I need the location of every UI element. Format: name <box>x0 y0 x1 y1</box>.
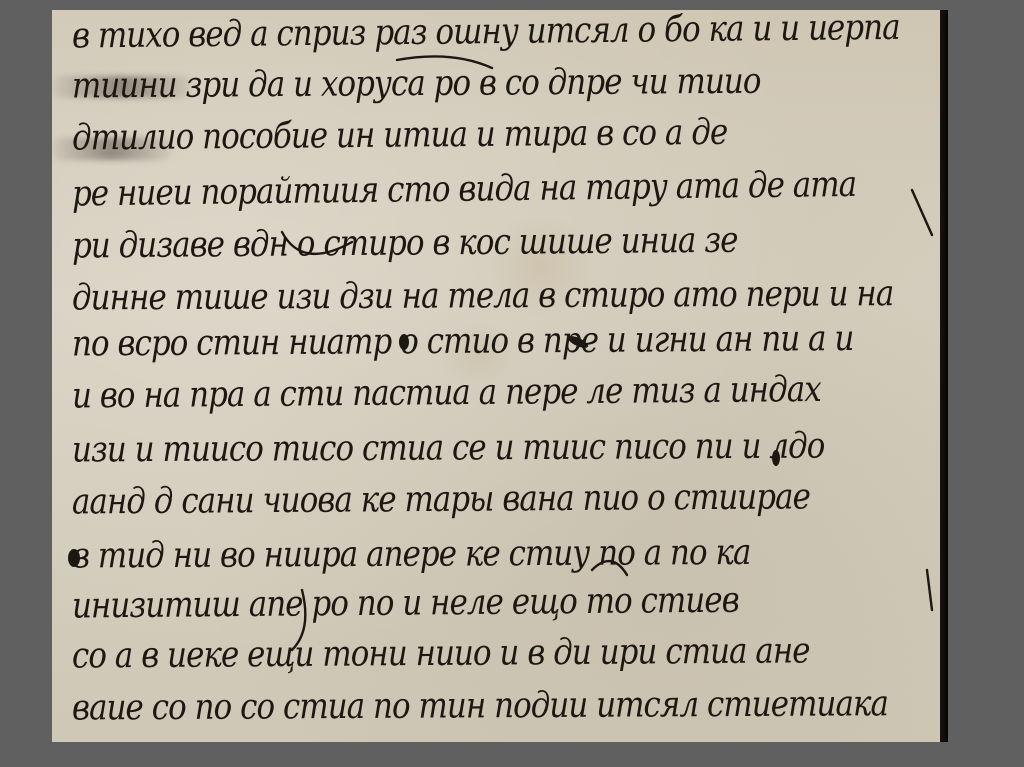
ink-flourishes <box>52 10 940 742</box>
page-edge-shadow <box>940 10 948 742</box>
manuscript-page: в тихо вед а сприз раз ошну итсял о бо к… <box>52 10 940 742</box>
